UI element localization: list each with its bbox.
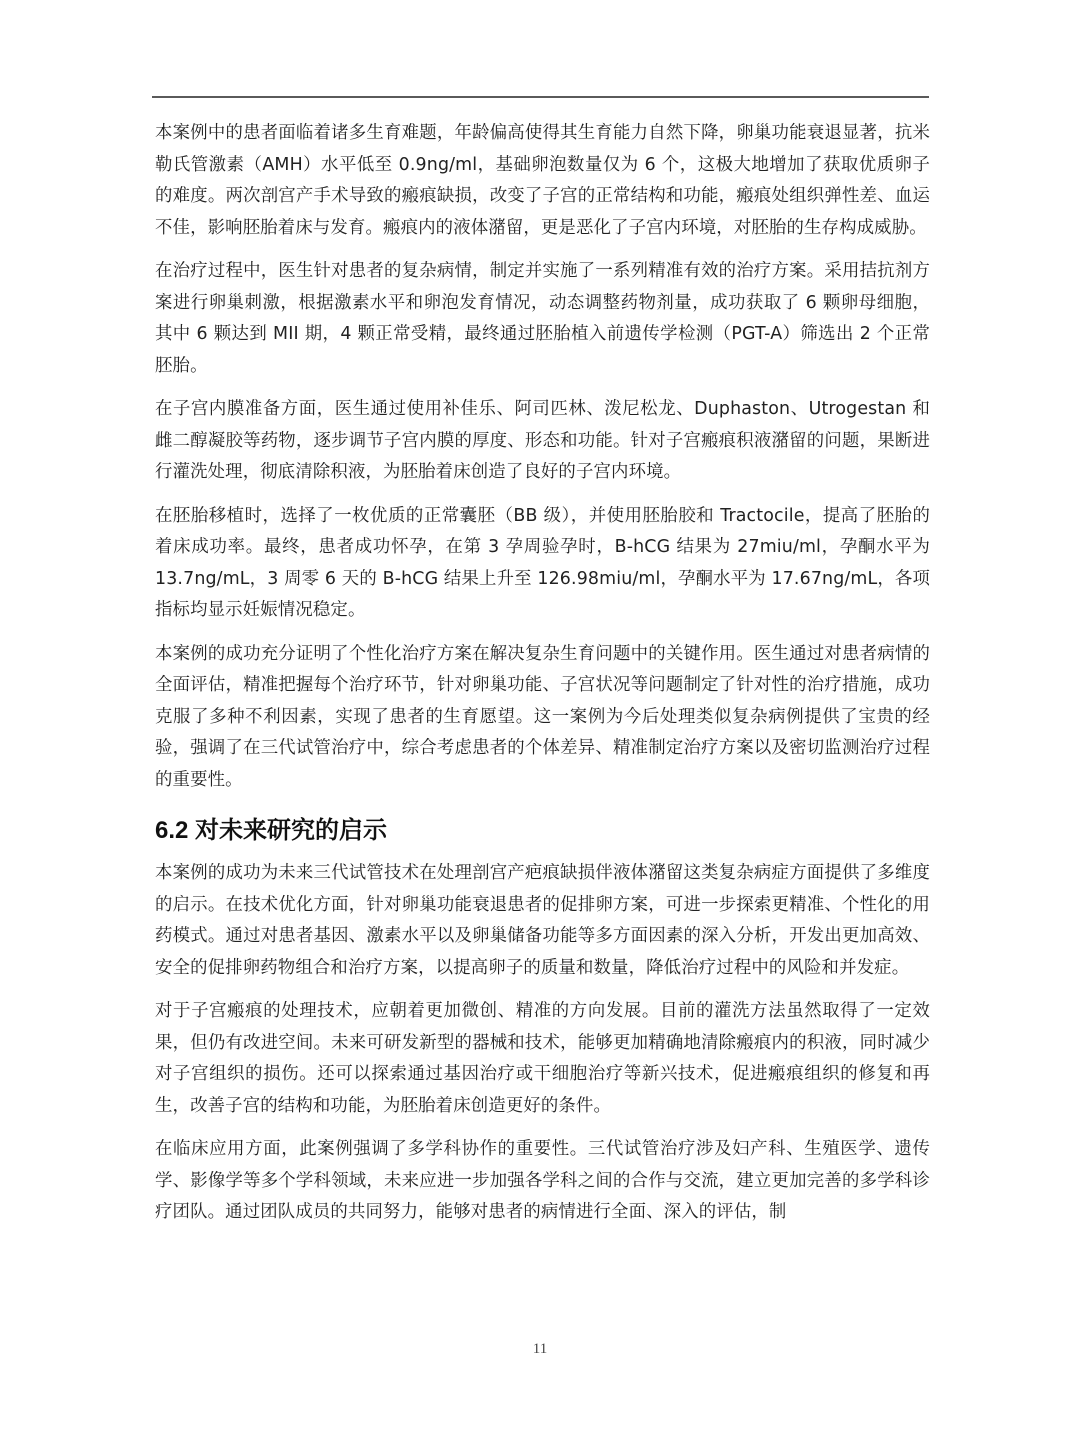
header-divider bbox=[152, 96, 929, 98]
paragraph: 在临床应用方面，此案例强调了多学科协作的重要性。三代试管治疗涉及妇产科、生殖医学… bbox=[155, 1134, 930, 1229]
paragraph: 本案例的成功充分证明了个性化治疗方案在解决复杂生育问题中的关键作用。医生通过对患… bbox=[155, 639, 930, 797]
paragraph: 本案例中的患者面临着诸多生育难题，年龄偏高使得其生育能力自然下降，卵巢功能衰退显… bbox=[155, 118, 930, 244]
paragraph: 对于子宫瘢痕的处理技术，应朝着更加微创、精准的方向发展。目前的灌洗方法虽然取得了… bbox=[155, 996, 930, 1122]
document-page: 本案例中的患者面临着诸多生育难题，年龄偏高使得其生育能力自然下降，卵巢功能衰退显… bbox=[0, 0, 1080, 1439]
page-number: 11 bbox=[0, 1341, 1080, 1358]
page-content: 本案例中的患者面临着诸多生育难题，年龄偏高使得其生育能力自然下降，卵巢功能衰退显… bbox=[155, 118, 930, 1241]
paragraph: 在子宫内膜准备方面，医生通过使用补佳乐、阿司匹林、泼尼松龙、Duphaston、… bbox=[155, 394, 930, 489]
section-heading: 6.2 对未来研究的启示 bbox=[155, 814, 930, 848]
paragraph: 本案例的成功为未来三代试管技术在处理剖宫产疤痕缺损伴液体潴留这类复杂病症方面提供… bbox=[155, 858, 930, 984]
paragraph: 在胚胎移植时，选择了一枚优质的正常囊胚（BB 级），并使用胚胎胶和 Tracto… bbox=[155, 501, 930, 627]
paragraph: 在治疗过程中，医生针对患者的复杂病情，制定并实施了一系列精准有效的治疗方案。采用… bbox=[155, 256, 930, 382]
